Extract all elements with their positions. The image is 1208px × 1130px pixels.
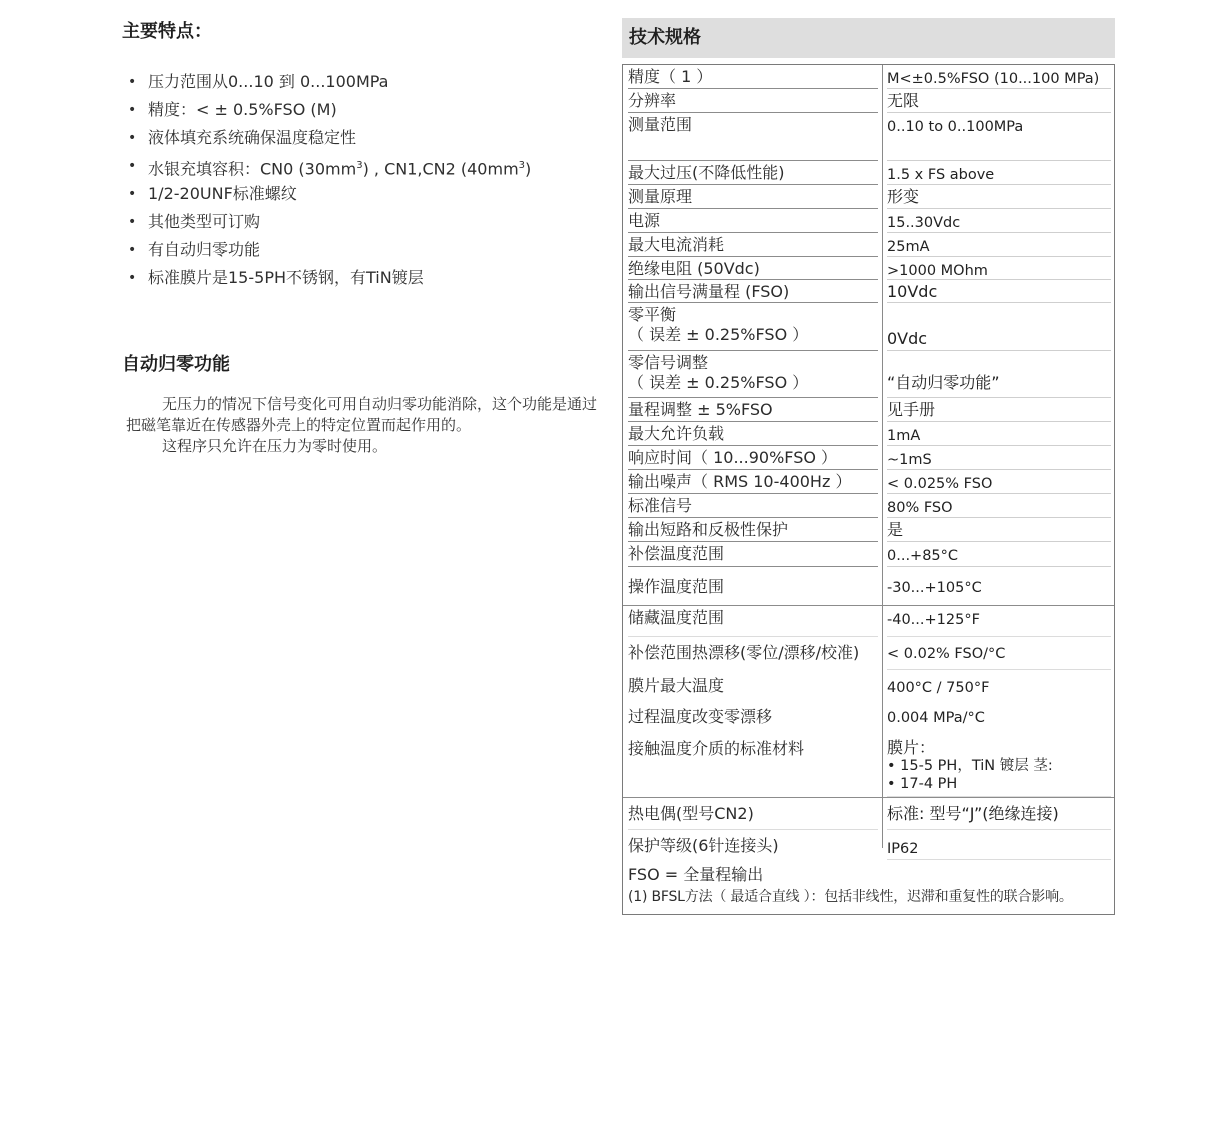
table-row: 响应时间（ 10...90%FSO ）~1mS xyxy=(623,446,1114,470)
table-row: 输出信号满量程 (FSO)10Vdc xyxy=(623,280,1114,303)
bullet-icon: • xyxy=(128,208,136,236)
table-row: 绝缘电阻 (50Vdc)>1000 MOhm xyxy=(623,257,1114,280)
bfsl-footnote: (1) BFSL方法（ 最适合直线 ）：包括非线性，迟滞和重复性的联合影响。 xyxy=(628,886,1109,908)
spec-title: 技术规格 xyxy=(622,18,1115,58)
table-row: 标准信号80% FSO xyxy=(623,494,1114,518)
table-row: 零平衡（ 误差 ± 0.25%FSO ）0Vdc xyxy=(623,303,1114,351)
list-item: •精度：< ± 0.5%FSO (M) xyxy=(122,96,612,124)
paragraph: 这程序只允许在压力为零时使用。 xyxy=(126,436,606,457)
bullet-icon: • xyxy=(128,68,136,96)
bullet-icon: • xyxy=(128,124,136,152)
spec-notes: FSO = 全量程输出 (1) BFSL方法（ 最适合直线 ）：包括非线性，迟滞… xyxy=(623,860,1114,914)
list-item: •压力范围从0...10 到 0...100MPa xyxy=(122,68,612,96)
table-row: 电源15..30Vdc xyxy=(623,209,1114,233)
list-item: •标准膜片是15-5PH不锈钢，有TiN镀层 xyxy=(122,264,612,292)
spec-section: 技术规格 精度（ 1 ）M<±0.5%FSO (10...100 MPa) 分辨… xyxy=(622,18,1115,915)
list-item: •水银充填容积：CN0 (30mm3) , CN1,CN2 (40mm3) xyxy=(122,152,612,180)
table-row: 测量范围0..10 to 0..100MPa xyxy=(623,113,1114,161)
table-row: 接触温度介质的标准材料膜片：• 15-5 PH，TiN 镀层 茎:• 17-4 … xyxy=(623,733,1114,797)
list-item: •其他类型可订购 xyxy=(122,208,612,236)
fso-note: FSO = 全量程输出 xyxy=(628,864,1109,886)
features-title: 主要特点： xyxy=(122,18,612,46)
bullet-icon: • xyxy=(128,264,136,292)
features-list: •压力范围从0...10 到 0...100MPa •精度：< ± 0.5%FS… xyxy=(122,68,612,292)
table-row: 过程温度改变零漂移0.004 MPa/°C xyxy=(623,701,1114,733)
autozero-title: 自动归零功能 xyxy=(122,351,230,379)
list-item: •液体填充系统确保温度稳定性 xyxy=(122,124,612,152)
table-row: 操作温度范围-30...+105°C xyxy=(623,567,1114,605)
table-row: 膜片最大温度400°C / 750°F xyxy=(623,670,1114,701)
table-row: 储藏温度范围-40...+125°F xyxy=(623,605,1114,637)
table-row: 分辨率无限 xyxy=(623,89,1114,113)
autozero-description: 无压力的情况下信号变化可用自动归零功能消除，这个功能是通过把磁笔靠近在传感器外壳… xyxy=(126,394,606,457)
table-row: 精度（ 1 ）M<±0.5%FSO (10...100 MPa) xyxy=(623,65,1114,89)
table-row: 输出短路和反极性保护是 xyxy=(623,518,1114,542)
list-item: •有自动归零功能 xyxy=(122,236,612,264)
spec-table: 精度（ 1 ）M<±0.5%FSO (10...100 MPa) 分辨率无限 测… xyxy=(622,64,1115,915)
left-column: 主要特点： •压力范围从0...10 到 0...100MPa •精度：< ± … xyxy=(122,18,612,292)
bullet-icon: • xyxy=(128,236,136,264)
table-row: 最大允许负载1mA xyxy=(623,422,1114,446)
bullet-icon: • xyxy=(128,96,136,124)
table-row: 量程调整 ± 5%FSO见手册 xyxy=(623,398,1114,422)
table-row: 补偿范围热漂移(零位/漂移/校准)< 0.02% FSO/°C xyxy=(623,637,1114,670)
table-row: 测量原理形变 xyxy=(623,185,1114,209)
table-row: 最大过压(不降低性能)1.5 x FS above xyxy=(623,161,1114,185)
bullet-icon: • xyxy=(128,152,136,180)
list-item: •1/2-20UNF标准螺纹 xyxy=(122,180,612,208)
table-row: 保护等级(6针连接头)IP62 xyxy=(623,830,1114,860)
bullet-icon: • xyxy=(128,180,136,208)
table-row: 热电偶(型号CN2)标准: 型号“J”(绝缘连接) xyxy=(623,797,1114,830)
table-row: 最大电流消耗25mA xyxy=(623,233,1114,257)
table-row: 补偿温度范围0...+85°C xyxy=(623,542,1114,567)
table-row: 零信号调整（ 误差 ± 0.25%FSO ）“自动归零功能” xyxy=(623,351,1114,398)
paragraph: 无压力的情况下信号变化可用自动归零功能消除，这个功能是通过把磁笔靠近在传感器外壳… xyxy=(126,394,606,436)
table-row: 输出噪声（ RMS 10-400Hz ）< 0.025% FSO xyxy=(623,470,1114,494)
